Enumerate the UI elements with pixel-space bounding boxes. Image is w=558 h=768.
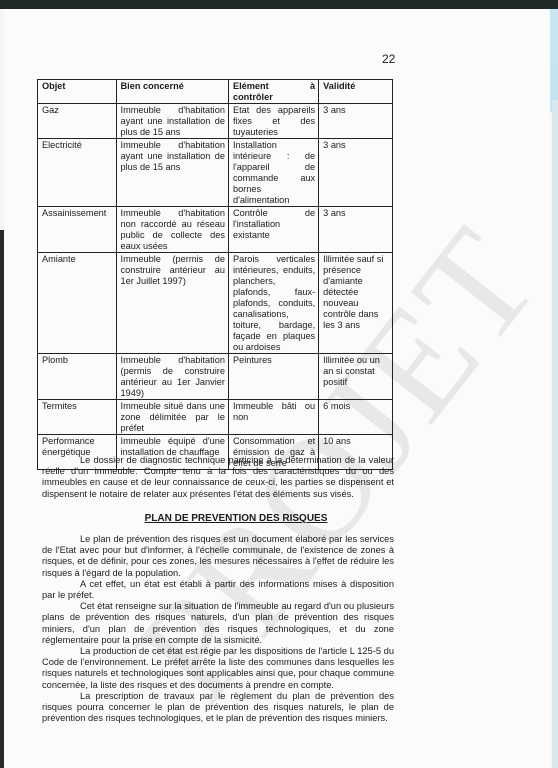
cell-objet: Amiante — [38, 253, 117, 354]
cell-element: Installation intérieure : de l'appareil … — [228, 139, 318, 207]
paragraph: La production de cet état est régie par … — [42, 646, 394, 691]
table-row: GazImmeuble d'habitation ayant une insta… — [38, 104, 393, 139]
cell-objet: Gaz — [38, 104, 117, 139]
cell-bien-concerne: Immeuble d'habitation ayant une installa… — [116, 104, 228, 139]
table-row: ElectricitéImmeuble d'habitation ayant u… — [38, 139, 393, 207]
cell-objet: Assainissement — [38, 207, 117, 253]
cell-bien-concerne: Immeuble situé dans une zone délimitée p… — [116, 400, 228, 435]
table-row: AssainissementImmeuble d'habitation non … — [38, 207, 393, 253]
header-element-a-controler: Elément à contrôler — [228, 80, 318, 104]
table-row: TermitesImmeuble situé dans une zone dél… — [38, 400, 393, 435]
cell-element: Peintures — [228, 354, 318, 400]
paragraph: Le plan de prévention des risques est un… — [42, 534, 394, 579]
cell-validite: 3 ans — [319, 104, 393, 139]
cell-element: Contrôle de l'installation existante — [228, 207, 318, 253]
table-header-row: Objet Bien concerné Elément à contrôler … — [38, 80, 393, 104]
cell-validite: 3 ans — [319, 139, 393, 207]
paragraph: A cet effet, un état est établi à partir… — [42, 579, 394, 601]
diagnostic-table: Objet Bien concerné Elément à contrôler … — [37, 79, 393, 470]
paragraph-dossier: Le dossier de diagnostic technique parti… — [42, 455, 394, 500]
cell-element: Parois verticales intérieures, enduits, … — [228, 253, 318, 354]
cell-validite: Illimitée sauf si présence d'amiante dét… — [319, 253, 393, 354]
table-row: AmianteImmeuble (permis de construire an… — [38, 253, 393, 354]
document-page: PROJET 22 Objet Bien concerné Elément à … — [4, 9, 550, 768]
cell-element: Immeuble bâti ou non — [228, 400, 318, 435]
scanner-right-edge — [552, 100, 558, 768]
cell-bien-concerne: Immeuble d'habitation non raccordé au ré… — [116, 207, 228, 253]
cell-validite: Illimitée ou un an si constat positif — [319, 354, 393, 400]
header-bien-concerne: Bien concerné — [116, 80, 228, 104]
table-body: GazImmeuble d'habitation ayant une insta… — [38, 104, 393, 470]
ppr-paragraphs: Le plan de prévention des risques est un… — [42, 534, 394, 724]
table-row: PlombImmeuble d'habitation (permis de co… — [38, 354, 393, 400]
cell-objet: Termites — [38, 400, 117, 435]
cell-objet: Electricité — [38, 139, 117, 207]
cell-validite: 6 mois — [319, 400, 393, 435]
paragraph: La prescription de travaux par le règlem… — [42, 691, 394, 725]
section-title: PLAN DE PREVENTION DES RISQUES — [4, 513, 550, 524]
header-objet: Objet — [38, 80, 117, 104]
cell-element: Etat des appareils fixes et des tuyauter… — [228, 104, 318, 139]
cell-bien-concerne: Immeuble d'habitation (permis de constru… — [116, 354, 228, 400]
paragraph: Cet état renseigne sur la situation de l… — [42, 601, 394, 646]
cell-bien-concerne: Immeuble (permis de construire antérieur… — [116, 253, 228, 354]
cell-validite: 3 ans — [319, 207, 393, 253]
cell-objet: Plomb — [38, 354, 117, 400]
header-validite: Validité — [319, 80, 393, 104]
scanner-top-edge — [0, 0, 558, 9]
cell-bien-concerne: Immeuble d'habitation ayant une installa… — [116, 139, 228, 207]
page-number: 22 — [382, 52, 395, 66]
